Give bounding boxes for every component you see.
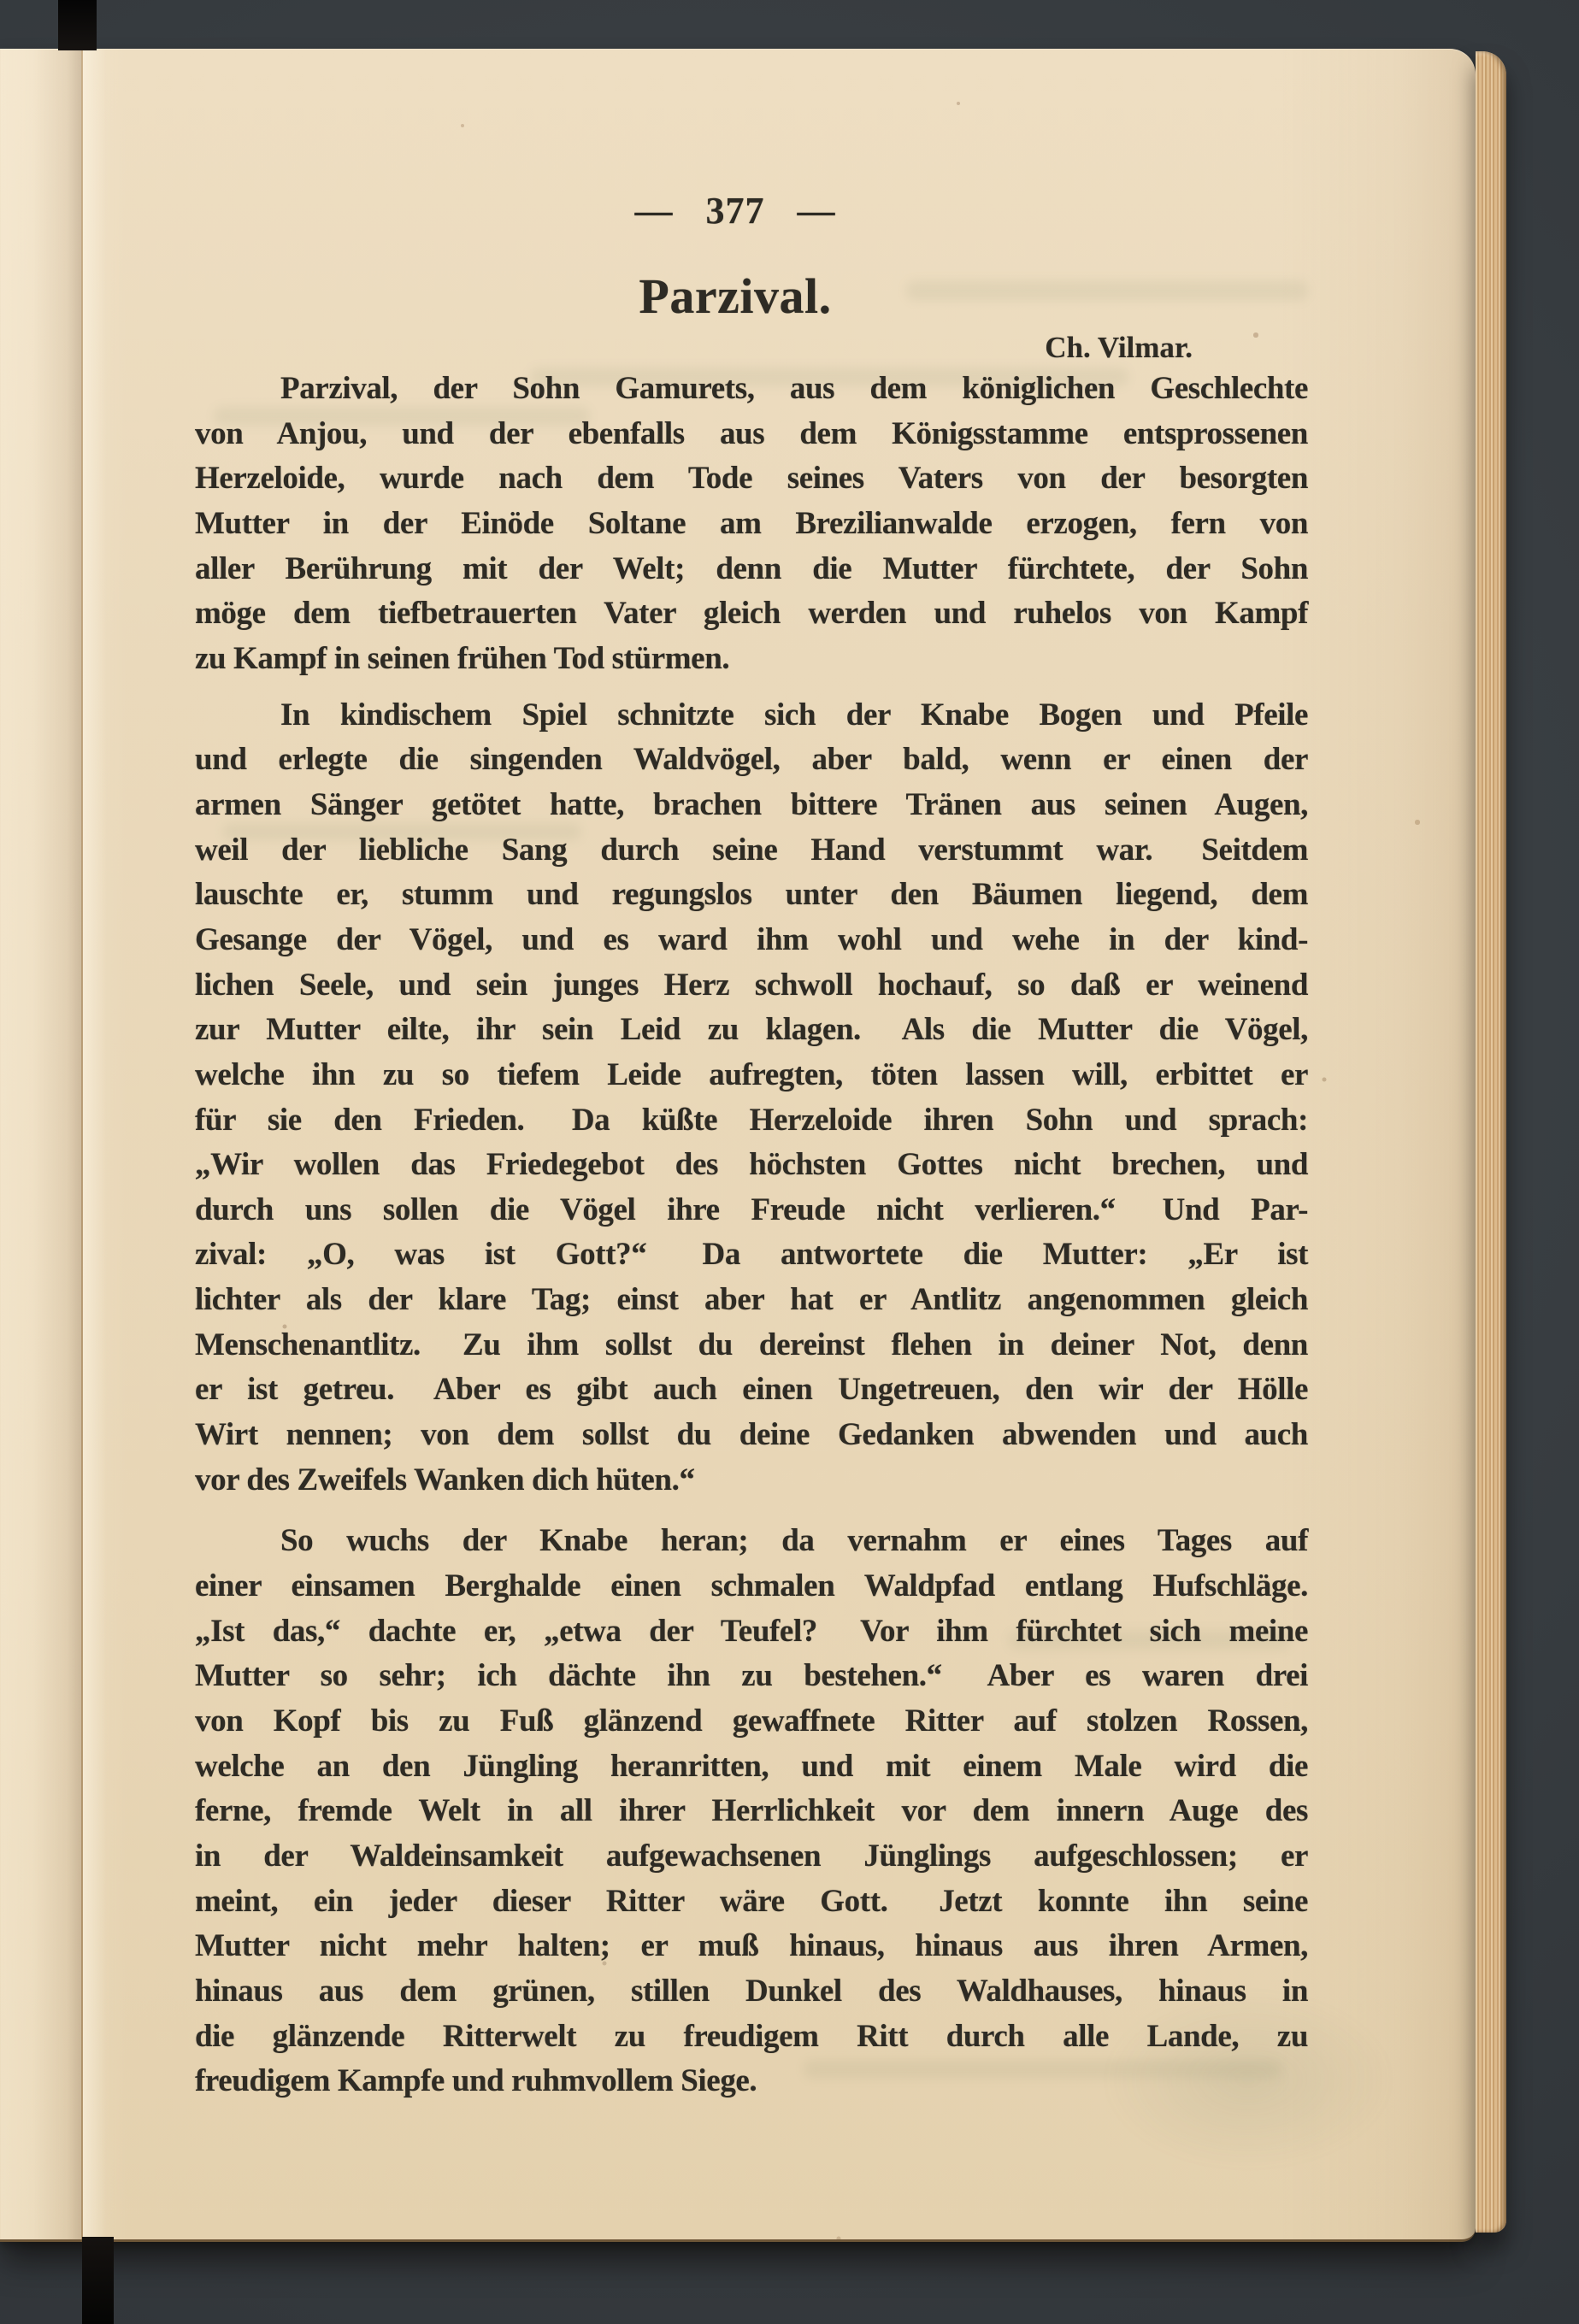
text-line: lichter als der klare Tag; einst aber ha… (195, 1278, 1308, 1323)
book-page: — 377 — Parzival. Ch. Vilmar. Parzival, … (0, 49, 1506, 2239)
gutter-highlight (83, 50, 107, 2239)
gutter-shadow (32, 50, 82, 2239)
text-line: vor des Zweifels Wanken dich hüten.“ (195, 1458, 1308, 1503)
paragraph: In kindischem Spiel schnitzte sich der K… (195, 693, 1308, 1503)
text-line: „Wir wollen das Friedegebot des höchsten… (195, 1143, 1308, 1188)
text-line: Wirt nennen; von dem sollst du deine Ged… (195, 1413, 1308, 1458)
text-line: So wuchs der Knabe heran; da vernahm er … (195, 1519, 1308, 1564)
text-line: welche an den Jüngling heranritten, und … (195, 1744, 1308, 1790)
text-line: von Anjou, und der ebenfalls aus dem Kön… (195, 412, 1308, 457)
paragraph: Parzival, der Sohn Gamurets, aus dem kön… (195, 367, 1308, 682)
text-line: In kindischem Spiel schnitzte sich der K… (195, 693, 1308, 738)
text-line: Menschenantlitz. Zu ihm sollst du derein… (195, 1323, 1308, 1368)
paragraph: So wuchs der Knabe heran; da vernahm er … (195, 1519, 1308, 2104)
text-line: einer einsamen Berghalde einen schmalen … (195, 1564, 1308, 1609)
text-line: meint, ein jeder dieser Ritter wäre Gott… (195, 1880, 1308, 1925)
text-line: in der Waldeinsamkeit aufgewachsenen Jün… (195, 1834, 1308, 1880)
text-line: und erlegte die singenden Waldvögel, abe… (195, 738, 1308, 783)
author-byline: Ch. Vilmar. (195, 331, 1193, 365)
text-line: Gesange der Vögel, und es ward ihm wohl … (195, 918, 1308, 963)
text-line: welche ihn zu so tiefem Leide aufregten,… (195, 1053, 1308, 1098)
text-line: lichen Seele, und sein junges Herz schwo… (195, 963, 1308, 1009)
text-line: für sie den Frieden. Da küßte Herzeloide… (195, 1098, 1308, 1144)
text-line: ferne, fremde Welt in all ihrer Herrlich… (195, 1789, 1308, 1834)
text-line: die glänzende Ritterwelt zu freudigem Ri… (195, 2015, 1308, 2060)
text-line: Herzeloide, wurde nach dem Tode seines V… (195, 456, 1308, 502)
text-line: Mutter in der Einöde Soltane am Brezilia… (195, 502, 1308, 547)
text-line: möge dem tiefbetrauerten Vater gleich we… (195, 591, 1308, 637)
text-line: armen Sänger getötet hatte, brachen bitt… (195, 783, 1308, 828)
body-text: Parzival, der Sohn Gamurets, aus dem kön… (195, 367, 1308, 2104)
text-line: zur Mutter eilte, ihr sein Leid zu klage… (195, 1008, 1308, 1053)
text-line: aller Berührung mit der Welt; denn die M… (195, 547, 1308, 592)
text-line: Mutter so sehr; ich dächte ihn zu besteh… (195, 1654, 1308, 1699)
text-line: Parzival, der Sohn Gamurets, aus dem kön… (195, 367, 1308, 412)
text-line: zu Kampf in seinen frühen Tod stürmen. (195, 637, 1308, 682)
text-line: hinaus aus dem grünen, stillen Dunkel de… (195, 1969, 1308, 2015)
text-line: von Kopf bis zu Fuß glänzend gewaffnete … (195, 1699, 1308, 1744)
text-line: weil der liebliche Sang durch seine Hand… (195, 828, 1308, 874)
text-line: lauschte er, stumm und regungslos unter … (195, 873, 1308, 918)
paper-surface: — 377 — Parzival. Ch. Vilmar. Parzival, … (0, 49, 1476, 2242)
page-title: Parzival. (137, 268, 1334, 325)
text-line: durch uns sollen die Vögel ihre Freude n… (195, 1188, 1308, 1233)
paper-specks (0, 50, 2, 51)
bookmark-ribbon-bottom (82, 2237, 114, 2324)
bookmark-ribbon-top (58, 0, 97, 50)
text-line: „Ist das,“ dachte er, „etwa der Teufel? … (195, 1609, 1308, 1655)
text-line: zival: „O, was ist Gott?“ Da antwortete … (195, 1233, 1308, 1278)
fore-edge-page-stack (1476, 51, 1506, 2233)
background: — 377 — Parzival. Ch. Vilmar. Parzival, … (0, 0, 1579, 2324)
text-line: er ist getreu. Aber es gibt auch einen U… (195, 1368, 1308, 1413)
page-number: — 377 — (137, 189, 1334, 232)
text-line: freudigem Kampfe und ruhmvollem Siege. (195, 2059, 1308, 2104)
text-line: Mutter nicht mehr halten; er muß hinaus,… (195, 1924, 1308, 1969)
